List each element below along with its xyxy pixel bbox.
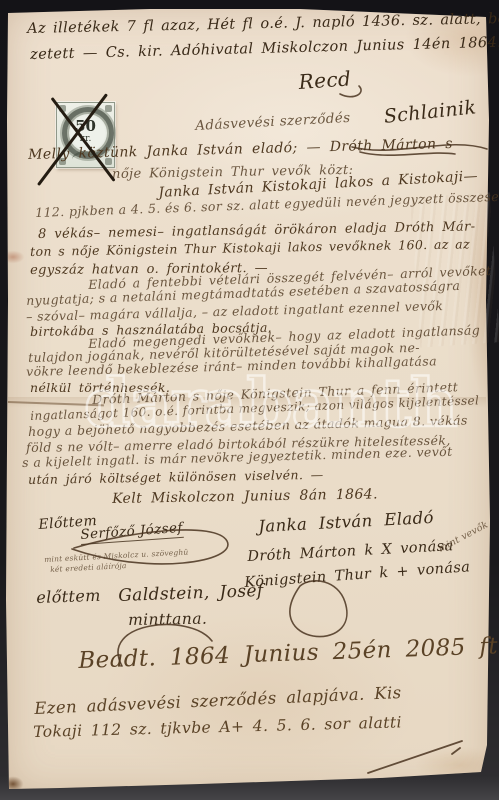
witness-signature-2: Galdstein, Josef	[118, 583, 264, 605]
docket-word: Recd	[298, 68, 352, 92]
darabanth-watermark: darabanth	[84, 364, 457, 442]
stamp-corner-ornament	[105, 105, 112, 112]
photo-background: 50 kr. Az illetékek 7 fl azaz, Hét fl o.…	[0, 0, 499, 800]
witness-role-2: minttana.	[128, 612, 207, 629]
witness-prefix-2: előttem	[36, 588, 101, 606]
